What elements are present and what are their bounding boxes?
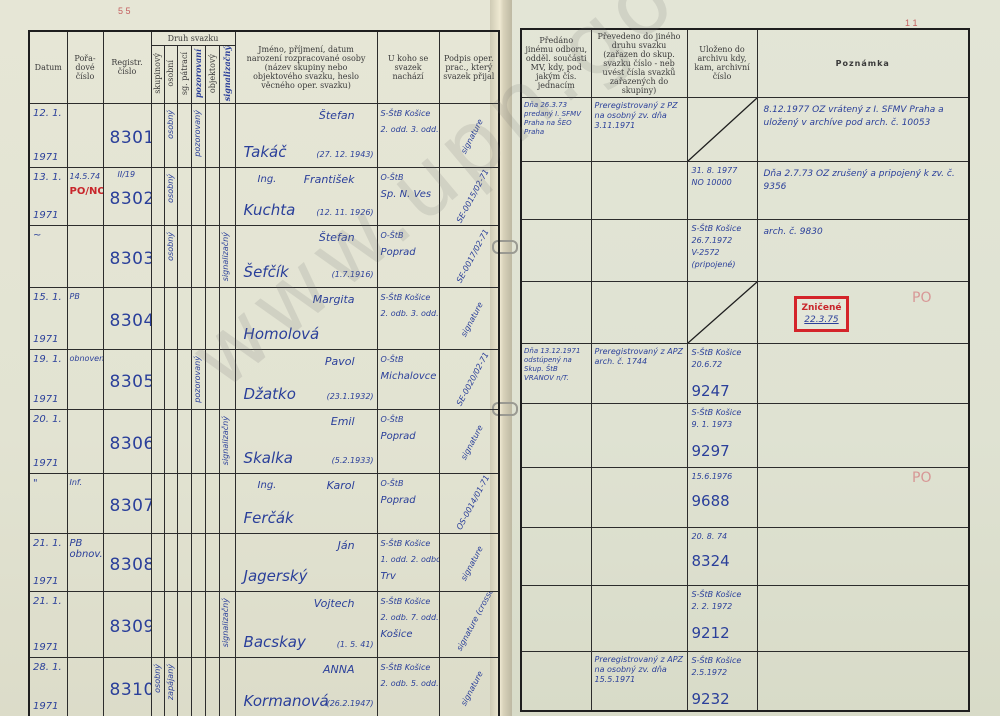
datum-text: 15. 1. bbox=[33, 292, 62, 303]
cell-druh-skupinovy bbox=[151, 287, 164, 349]
datum-text: " bbox=[33, 478, 38, 489]
cell-u-koho: O-ŠtBSp. N. Ves bbox=[377, 167, 439, 225]
cell-druh-osobni: osobný bbox=[164, 103, 177, 167]
birth-date: (23.1.1932) bbox=[327, 392, 374, 401]
cell-registr: 8301 bbox=[103, 103, 151, 167]
cell-poznamka bbox=[757, 403, 969, 467]
header-druh-col: signalizačný bbox=[219, 45, 235, 103]
ulozeno-line: V-2572 bbox=[692, 248, 720, 257]
cell-jmeno: Ing.FrantišekKuchta(12. 11. 1926) bbox=[235, 167, 377, 225]
cell-druh-patraci bbox=[177, 591, 191, 657]
crossed-out-line bbox=[688, 98, 757, 161]
cell-druh-skupinovy bbox=[151, 409, 164, 473]
cell-poznamka bbox=[757, 343, 969, 403]
druh-mark: pozorovaný bbox=[193, 110, 202, 157]
cell-druh-patraci bbox=[177, 409, 191, 473]
table-row: Dňa 26.3.73 predaný I. SFMV Praha na ŠEO… bbox=[521, 97, 969, 161]
cell-druh-pozorovani bbox=[191, 225, 205, 287]
registr-number: 8306 bbox=[110, 434, 152, 454]
signature: signature bbox=[454, 415, 488, 469]
cell-prevedeno bbox=[591, 527, 687, 585]
last-name: Ferčák bbox=[244, 509, 294, 527]
druh-mark: signalizačný bbox=[221, 598, 230, 647]
birth-date: (26.2.1947) bbox=[327, 699, 374, 708]
cell-registr: 8303 bbox=[103, 225, 151, 287]
prevedeno-text: Preregistrovaný z APZ na osobný zv. dňa … bbox=[595, 655, 685, 685]
cell-poznamka bbox=[757, 527, 969, 585]
cell-druh-objektovy bbox=[205, 409, 219, 473]
cell-predano bbox=[521, 585, 591, 651]
cell-ulozeno: S-ŠtB Košice2.5.19729232 bbox=[687, 651, 757, 711]
first-name: Emil bbox=[331, 415, 355, 428]
signature: SE-0020/02-71 bbox=[454, 353, 488, 407]
cell-poradove: 14.5.74PO/NO bbox=[67, 167, 103, 225]
cell-jmeno: Ing.KarolFerčák bbox=[235, 473, 377, 533]
cell-registr: 8306 bbox=[103, 409, 151, 473]
ulozeno-line: 9212 bbox=[692, 624, 730, 642]
cell-poznamka: Dňa 2.7.73 OZ zrušený a pripojený k zv. … bbox=[757, 161, 969, 219]
table-row: Preregistrovaný z APZ na osobný zv. dňa … bbox=[521, 651, 969, 711]
cell-prevedeno: Preregistrovaný z PZ na osobný zv. dňa 3… bbox=[591, 97, 687, 161]
cell-poradove: obnovený bbox=[67, 349, 103, 409]
cell-druh-objektovy bbox=[205, 473, 219, 533]
cell-druh-signalizacny: signalizačný bbox=[219, 409, 235, 473]
cell-druh-pozorovani bbox=[191, 287, 205, 349]
cell-druh-objektovy bbox=[205, 167, 219, 225]
header-druh-label: osobní bbox=[166, 60, 175, 87]
ulozeno-line: S-ŠtB Košice bbox=[692, 348, 742, 357]
u-koho-line: 2. odb. 3. odd. bbox=[381, 309, 439, 318]
cell-datum: 13. 1.1971 bbox=[29, 167, 67, 225]
cell-predano: Dňa 13.12.1971 odstúpený na Skup. ŠtB VR… bbox=[521, 343, 591, 403]
last-name: Bacskay bbox=[244, 633, 306, 651]
datum-text: 21. 1. bbox=[33, 538, 62, 549]
poradove-red-text: PO/NO bbox=[70, 186, 104, 197]
cell-druh-signalizacny: signalizačný bbox=[219, 591, 235, 657]
cell-u-koho: S-ŠtB Košice2. odb. 3. odd. bbox=[377, 287, 439, 349]
datum-text: 1971 bbox=[33, 576, 58, 587]
header-druh-svazku: Druh svazku bbox=[151, 31, 235, 45]
cell-poradove bbox=[67, 225, 103, 287]
cell-druh-objektovy bbox=[205, 225, 219, 287]
u-koho-line: 2. odb. 7. odd. bbox=[381, 613, 439, 622]
registr-number: 8308 bbox=[110, 555, 152, 575]
cell-jmeno: PavolDžatko(23.1.1932) bbox=[235, 349, 377, 409]
datum-text: 13. 1. bbox=[33, 172, 62, 183]
cell-poznamka bbox=[757, 585, 969, 651]
ulozeno-line: 9232 bbox=[692, 690, 730, 708]
cell-registr: 8308 bbox=[103, 533, 151, 591]
table-row: 31. 8. 1977NO 10000Dňa 2.7.73 OZ zrušený… bbox=[521, 161, 969, 219]
cell-poznamka bbox=[757, 467, 969, 527]
cell-datum: 15. 1.1971 bbox=[29, 287, 67, 349]
cell-druh-osobni bbox=[164, 591, 177, 657]
ulozeno-line: S-ŠtB Košice bbox=[692, 656, 742, 665]
cell-druh-osobni: zapájaný bbox=[164, 657, 177, 716]
poradove-text: PB obnov. bbox=[70, 538, 100, 560]
cell-prevedeno bbox=[591, 467, 687, 527]
header-druh-label: pozorovaní bbox=[194, 49, 203, 98]
header-druh-col: osobní bbox=[164, 45, 177, 103]
cell-prevedeno bbox=[591, 403, 687, 467]
first-name: Ján bbox=[338, 539, 355, 552]
cell-registr: 8305 bbox=[103, 349, 151, 409]
ulozeno-line: S-ŠtB Košice bbox=[692, 408, 742, 417]
u-koho-line: Poprad bbox=[381, 495, 416, 506]
u-koho-line: O-ŠtB bbox=[381, 479, 404, 488]
registr-number: 8304 bbox=[110, 311, 152, 331]
cell-ulozeno: 15.6.19769688 bbox=[687, 467, 757, 527]
cell-poznamka: arch. č. 9830 bbox=[757, 219, 969, 281]
table-row: ~8303osobnýsignalizačnýŠtefanŠefčík(1.7.… bbox=[29, 225, 499, 287]
cell-druh-pozorovani bbox=[191, 167, 205, 225]
cell-poradove bbox=[67, 103, 103, 167]
registr-number: 8305 bbox=[110, 372, 152, 392]
datum-text: 1971 bbox=[33, 334, 58, 345]
signature: signature bbox=[454, 536, 488, 590]
header-druh-label: objektový bbox=[208, 54, 217, 93]
u-koho-line: S-ŠtB Košice bbox=[381, 597, 431, 606]
table-row: 15.6.19769688 bbox=[521, 467, 969, 527]
cell-druh-pozorovani bbox=[191, 533, 205, 591]
first-name: Margita bbox=[313, 293, 355, 306]
birth-date: (27. 12. 1943) bbox=[316, 150, 373, 159]
cell-druh-skupinovy bbox=[151, 167, 164, 225]
cell-predano bbox=[521, 403, 591, 467]
cell-druh-skupinovy bbox=[151, 225, 164, 287]
poradove-text: obnovený bbox=[70, 354, 104, 363]
cell-druh-objektovy bbox=[205, 533, 219, 591]
signature: signature (crossed) bbox=[454, 598, 488, 652]
cell-jmeno: MargitaHomolová bbox=[235, 287, 377, 349]
cell-druh-signalizacny bbox=[219, 657, 235, 716]
poradove-text: PB bbox=[70, 292, 80, 301]
cell-registr: 8310 bbox=[103, 657, 151, 716]
ulozeno-line: 15.6.1976 bbox=[692, 472, 733, 481]
registr-number: 8301 bbox=[110, 128, 152, 148]
cell-poznamka: 8.12.1977 OZ vrátený z I. SFMV Praha a u… bbox=[757, 97, 969, 161]
datum-text: 1971 bbox=[33, 152, 58, 163]
cell-predano bbox=[521, 281, 591, 343]
cell-u-koho: S-ŠtB Košice2. odd. 3. odd. bbox=[377, 103, 439, 167]
header-druh-col: objektový bbox=[205, 45, 219, 103]
cell-datum: ~ bbox=[29, 225, 67, 287]
u-koho-line: S-ŠtB Košice bbox=[381, 663, 431, 672]
cell-druh-patraci bbox=[177, 225, 191, 287]
header-druh-label: sg. pátrací bbox=[180, 52, 189, 95]
cell-registr: 8304 bbox=[103, 287, 151, 349]
cell-jmeno: VojtechBacskay(1. 5. 41) bbox=[235, 591, 377, 657]
last-name: Kuchta bbox=[244, 201, 296, 219]
cell-druh-patraci bbox=[177, 657, 191, 716]
last-name: Skalka bbox=[244, 449, 293, 467]
poradove-text: 14.5.74 bbox=[70, 172, 101, 181]
zniceno-stamp: Zničené22.3.75 bbox=[794, 296, 850, 332]
ulozeno-line: 20.6.72 bbox=[692, 360, 723, 369]
table-row: S-ŠtB Košice26.7.1972V-2572(pripojené)ar… bbox=[521, 219, 969, 281]
header-predano: Předáno jinému odboru, odděl. součásti M… bbox=[521, 29, 591, 97]
last-name: Kormanová bbox=[244, 692, 329, 710]
datum-text: 1971 bbox=[33, 210, 58, 221]
druh-mark: zapájaný bbox=[166, 664, 175, 700]
cell-ulozeno: S-ŠtB Košice2. 2. 19729212 bbox=[687, 585, 757, 651]
name-title: Ing. bbox=[258, 174, 277, 185]
datum-text: 1971 bbox=[33, 394, 58, 405]
cell-jmeno: EmilSkalka(5.2.1933) bbox=[235, 409, 377, 473]
cell-podpis: signature bbox=[439, 287, 499, 349]
u-koho-line: S-ŠtB Košice bbox=[381, 109, 431, 118]
u-koho-line: O-ŠtB bbox=[381, 355, 404, 364]
ulozeno-line: 31. 8. 1977 bbox=[692, 166, 738, 175]
druh-mark: signalizačný bbox=[221, 232, 230, 281]
druh-mark: osobný bbox=[166, 174, 175, 203]
ulozeno-line: 2. 2. 1972 bbox=[692, 602, 733, 611]
predano-text: Dňa 13.12.1971 odstúpený na Skup. ŠtB VR… bbox=[524, 347, 590, 383]
table-row: 19. 1.1971obnovený8305pozorovanýPavolDža… bbox=[29, 349, 499, 409]
table-row: 20. 8. 748324 bbox=[521, 527, 969, 585]
cell-podpis: SE-0020/02-71 bbox=[439, 349, 499, 409]
ulozeno-line: 9297 bbox=[692, 442, 730, 460]
crossed-out-line bbox=[688, 282, 757, 343]
birth-date: (1.7.1916) bbox=[332, 270, 374, 279]
faint-po-mark: PO bbox=[912, 470, 931, 486]
ledger-left-table: Datum Pořa-dové číslo Registr. číslo Dru… bbox=[28, 30, 500, 716]
cell-u-koho: S-ŠtB Košice1. odd. 2. odborTrv bbox=[377, 533, 439, 591]
cell-prevedeno: Preregistrovaný z APZ na osobný zv. dňa … bbox=[591, 651, 687, 711]
registr-number: 8310 bbox=[110, 680, 152, 700]
cell-u-koho: O-ŠtBPoprad bbox=[377, 473, 439, 533]
poznamka-text: 8.12.1977 OZ vrátený z I. SFMV Praha a u… bbox=[764, 104, 964, 130]
birth-date: (1. 5. 41) bbox=[337, 640, 374, 649]
u-koho-line: O-ŠtB bbox=[381, 173, 404, 182]
cell-druh-patraci bbox=[177, 287, 191, 349]
cell-poradove: PB obnov. bbox=[67, 533, 103, 591]
cell-druh-skupinovy bbox=[151, 591, 164, 657]
cell-registr: II/198302 bbox=[103, 167, 151, 225]
first-name: Štefan bbox=[319, 231, 355, 244]
datum-text: 1971 bbox=[33, 701, 58, 712]
header-poznamka: Poznámka bbox=[757, 29, 969, 97]
cell-ulozeno: 31. 8. 1977NO 10000 bbox=[687, 161, 757, 219]
cell-podpis: signature (crossed) bbox=[439, 591, 499, 657]
cell-prevedeno bbox=[591, 219, 687, 281]
table-row: 20. 1.19718306signalizačnýEmilSkalka(5.2… bbox=[29, 409, 499, 473]
cell-datum: 20. 1.1971 bbox=[29, 409, 67, 473]
poznamka-text: Dňa 2.7.73 OZ zrušený a pripojený k zv. … bbox=[764, 168, 964, 194]
cell-druh-signalizacny bbox=[219, 103, 235, 167]
cell-druh-objektovy bbox=[205, 287, 219, 349]
cell-druh-pozorovani: pozorovaný bbox=[191, 349, 205, 409]
header-druh-label: skupinový bbox=[153, 53, 162, 94]
header-datum: Datum bbox=[29, 31, 67, 103]
table-row: 13. 1.197114.5.74PO/NOII/198302osobnýIng… bbox=[29, 167, 499, 225]
druh-mark: osobný bbox=[166, 232, 175, 261]
header-podpis: Podpis oper. prac., který svazek přijal bbox=[439, 31, 499, 103]
cell-druh-objektovy bbox=[205, 591, 219, 657]
u-koho-line: O-ŠtB bbox=[381, 231, 404, 240]
datum-text: ~ bbox=[33, 230, 41, 241]
ulozeno-line: (pripojené) bbox=[692, 260, 736, 269]
header-druh-label: signalizačný bbox=[223, 46, 232, 101]
ulozeno-line: S-ŠtB Košice bbox=[692, 590, 742, 599]
cell-datum: 12. 1.1971 bbox=[29, 103, 67, 167]
first-name: Vojtech bbox=[314, 597, 355, 610]
datum-text: 19. 1. bbox=[33, 354, 62, 365]
datum-text: 1971 bbox=[33, 458, 58, 469]
u-koho-line: O-ŠtB bbox=[381, 415, 404, 424]
cell-druh-pozorovani bbox=[191, 591, 205, 657]
cell-podpis: SE-0017/02-71 bbox=[439, 225, 499, 287]
ulozeno-line: 8324 bbox=[692, 552, 730, 570]
cell-druh-patraci bbox=[177, 473, 191, 533]
cell-datum: 28. 1.1971 bbox=[29, 657, 67, 716]
table-row: "Inf.8307Ing.KarolFerčákO-ŠtBPopradOS-00… bbox=[29, 473, 499, 533]
cell-druh-skupinovy bbox=[151, 533, 164, 591]
ledger-right-table: Předáno jinému odboru, odděl. součásti M… bbox=[520, 28, 970, 712]
ulozeno-line: 9247 bbox=[692, 382, 730, 400]
header-u-koho: U koho se svazek nachází bbox=[377, 31, 439, 103]
header-registr: Registr. číslo bbox=[103, 31, 151, 103]
ulozeno-line: 20. 8. 74 bbox=[692, 532, 728, 541]
cell-jmeno: ŠtefanŠefčík(1.7.1916) bbox=[235, 225, 377, 287]
registr-prefix: II/19 bbox=[118, 170, 136, 179]
u-koho-line: 2. odd. 3. odd. bbox=[381, 125, 439, 134]
signature: OS-0014/01-71 bbox=[454, 477, 488, 531]
u-koho-line: Sp. N. Ves bbox=[381, 189, 432, 200]
druh-mark: osobný bbox=[166, 110, 175, 139]
u-koho-line: Košice bbox=[381, 629, 413, 640]
cell-druh-objektovy bbox=[205, 103, 219, 167]
registr-number: 8303 bbox=[110, 249, 152, 269]
cell-jmeno: JánJagerský bbox=[235, 533, 377, 591]
last-name: Šefčík bbox=[244, 263, 289, 281]
first-name: Karol bbox=[327, 479, 355, 492]
cell-druh-skupinovy bbox=[151, 349, 164, 409]
cell-predano bbox=[521, 651, 591, 711]
table-row: S-ŠtB Košice2. 2. 19729212 bbox=[521, 585, 969, 651]
last-name: Džatko bbox=[244, 385, 296, 403]
cell-prevedeno: Preregistrovaný z APZ arch. č. 1744 bbox=[591, 343, 687, 403]
signature: signature bbox=[454, 109, 488, 163]
cell-podpis: signature bbox=[439, 657, 499, 716]
datum-text: 12. 1. bbox=[33, 108, 62, 119]
page-mark-right: 1 1 bbox=[905, 18, 918, 28]
cell-podpis: SE-0015/02-71 bbox=[439, 167, 499, 225]
signature: SE-0017/02-71 bbox=[454, 230, 488, 284]
cell-poradove bbox=[67, 591, 103, 657]
cell-datum: 19. 1.1971 bbox=[29, 349, 67, 409]
name-title: Ing. bbox=[258, 480, 277, 491]
datum-text: 28. 1. bbox=[33, 662, 62, 673]
cell-u-koho: S-ŠtB Košice2. odb. 5. odd. bbox=[377, 657, 439, 716]
table-row: S-ŠtB Košice9. 1. 19739297 bbox=[521, 403, 969, 467]
cell-druh-pozorovani: pozorovaný bbox=[191, 103, 205, 167]
u-koho-line: Poprad bbox=[381, 247, 416, 258]
cell-registr: 8307 bbox=[103, 473, 151, 533]
registr-number: 8307 bbox=[110, 496, 152, 516]
cell-registr: 8309 bbox=[103, 591, 151, 657]
ulozeno-line: 2.5.1972 bbox=[692, 668, 728, 677]
cell-druh-signalizacny bbox=[219, 167, 235, 225]
table-row: Dňa 13.12.1971 odstúpený na Skup. ŠtB VR… bbox=[521, 343, 969, 403]
u-koho-line: Trv bbox=[381, 571, 396, 582]
cell-poradove: PB bbox=[67, 287, 103, 349]
birth-date: (5.2.1933) bbox=[332, 456, 374, 465]
cell-predano bbox=[521, 467, 591, 527]
ulozeno-line: 9. 1. 1973 bbox=[692, 420, 733, 429]
cell-druh-signalizacny bbox=[219, 533, 235, 591]
header-ulozeno: Uloženo do archivu kdy, kam, archivní čí… bbox=[687, 29, 757, 97]
druh-mark: pozorovaný bbox=[193, 356, 202, 403]
cell-druh-signalizacny: signalizačný bbox=[219, 225, 235, 287]
cell-ulozeno: 20. 8. 748324 bbox=[687, 527, 757, 585]
cell-poznamka: Zničené22.3.75 bbox=[757, 281, 969, 343]
ulozeno-line: NO 10000 bbox=[692, 178, 732, 187]
cell-predano bbox=[521, 161, 591, 219]
poznamka-text: arch. č. 9830 bbox=[764, 226, 964, 239]
u-koho-line: S-ŠtB Košice bbox=[381, 539, 431, 548]
cell-podpis: signature bbox=[439, 103, 499, 167]
cell-predano bbox=[521, 527, 591, 585]
cell-druh-osobni bbox=[164, 349, 177, 409]
cell-predano: Dňa 26.3.73 predaný I. SFMV Praha na ŠEO… bbox=[521, 97, 591, 161]
last-name: Takáč bbox=[244, 143, 287, 161]
cell-prevedeno bbox=[591, 585, 687, 651]
cell-u-koho: O-ŠtBPoprad bbox=[377, 225, 439, 287]
cell-druh-objektovy bbox=[205, 349, 219, 409]
first-name: Štefan bbox=[319, 109, 355, 122]
datum-text: 1971 bbox=[33, 642, 58, 653]
first-name: ANNA bbox=[323, 663, 355, 676]
cell-druh-skupinovy bbox=[151, 473, 164, 533]
cell-ulozeno: S-ŠtB Košice26.7.1972V-2572(pripojené) bbox=[687, 219, 757, 281]
signature: signature bbox=[454, 661, 488, 715]
u-koho-line: 1. odd. 2. odbor bbox=[381, 555, 440, 564]
cell-jmeno: ANNAKormanová(26.2.1947) bbox=[235, 657, 377, 716]
poradove-text: Inf. bbox=[70, 478, 83, 487]
cell-u-koho: O-ŠtBMichalovce bbox=[377, 349, 439, 409]
last-name: Jagerský bbox=[244, 567, 308, 585]
last-name: Homolová bbox=[244, 325, 320, 343]
cell-datum: 21. 1.1971 bbox=[29, 533, 67, 591]
ulozeno-line: S-ŠtB Košice bbox=[692, 224, 742, 233]
cell-druh-signalizacny bbox=[219, 473, 235, 533]
signature: SE-0015/02-71 bbox=[454, 170, 488, 224]
stamp-label: Zničené bbox=[802, 302, 842, 314]
cell-poradove bbox=[67, 409, 103, 473]
cell-druh-pozorovani bbox=[191, 409, 205, 473]
header-druh-col: sg. pátrací bbox=[177, 45, 191, 103]
cell-druh-signalizacny bbox=[219, 287, 235, 349]
datum-text: 20. 1. bbox=[33, 414, 62, 425]
cell-druh-osobni bbox=[164, 473, 177, 533]
cell-jmeno: ŠtefanTakáč(27. 12. 1943) bbox=[235, 103, 377, 167]
cell-druh-patraci bbox=[177, 349, 191, 409]
header-druh-col: pozorovaní bbox=[191, 45, 205, 103]
table-row: 28. 1.19718310osobnýzapájanýANNAKormanov… bbox=[29, 657, 499, 716]
header-jmeno: Jméno, příjmení, datum narození rozpraco… bbox=[235, 31, 377, 103]
cell-ulozeno: S-ŠtB Košice9. 1. 19739297 bbox=[687, 403, 757, 467]
cell-druh-patraci bbox=[177, 533, 191, 591]
cell-podpis: OS-0014/01-71 bbox=[439, 473, 499, 533]
cell-podpis: signature bbox=[439, 533, 499, 591]
druh-mark: signalizačný bbox=[221, 416, 230, 465]
cell-podpis: signature bbox=[439, 409, 499, 473]
cell-druh-osobni: osobný bbox=[164, 167, 177, 225]
cell-predano bbox=[521, 219, 591, 281]
registr-number: 8302 bbox=[110, 189, 152, 209]
cell-poznamka bbox=[757, 651, 969, 711]
